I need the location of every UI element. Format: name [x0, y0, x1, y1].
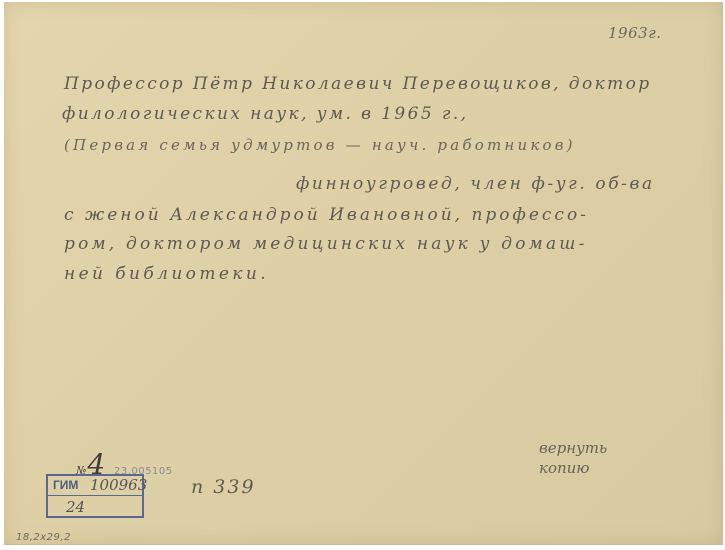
caption-line-1: Профессор Пётр Николаевич Перевощиков, д…: [64, 74, 652, 94]
caption-line-3: (Первая семья удмуртов — науч. работнико…: [64, 136, 576, 154]
stamp-number: 100963: [90, 476, 147, 494]
return-copy-note: вернуть копию: [539, 438, 607, 478]
year-annotation: 1963г.: [608, 24, 662, 42]
caption-line-7: ней библиотеки.: [64, 264, 269, 284]
dimensions-label: 18,2х29,2: [16, 532, 71, 543]
caption-line-6: ром, доктором медицинских наук у домаш-: [64, 234, 588, 254]
caption-line-4: финноугровед, член ф-уг. об-ва: [296, 174, 655, 194]
caption-line-5: с женой Александрой Ивановной, профессо-: [64, 205, 589, 225]
archival-card: 1963г. Профессор Пётр Николаевич Перевощ…: [4, 2, 723, 545]
stamp-label: ГИМ: [53, 478, 78, 492]
note-line-2: копию: [539, 458, 607, 478]
p-number: п 339: [191, 476, 256, 498]
museum-stamp: ГИМ 100963 24: [46, 474, 144, 518]
caption-line-2: филологических наук, ум. в 1965 г.,: [62, 104, 468, 124]
stamp-divider: [48, 495, 142, 496]
note-line-1: вернуть: [539, 438, 607, 458]
stamp-sub-number: 24: [66, 498, 85, 516]
